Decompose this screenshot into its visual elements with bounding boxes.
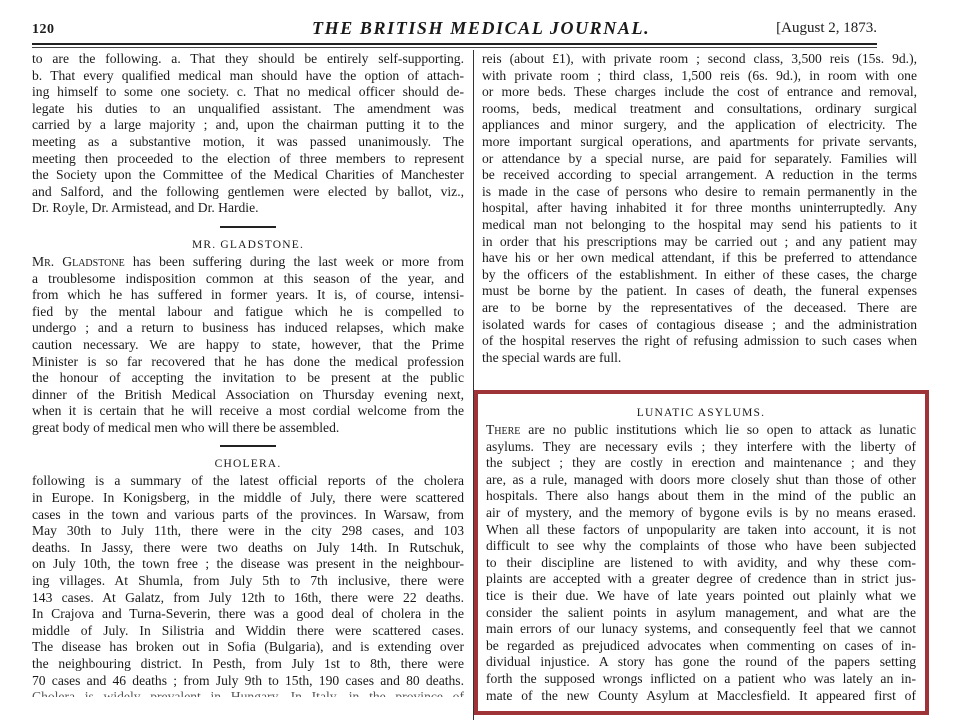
text-line: more important surgical operations, and … (482, 134, 917, 151)
header-rule-thin (32, 47, 877, 48)
text-line: plaints are accepted with a greater degr… (486, 571, 916, 588)
text-line: May 30th to July 11th, there were in the… (32, 523, 464, 540)
text-line: air of mystery, and the memory of bygone… (486, 505, 916, 522)
section-separator (220, 445, 276, 447)
page-header: 120 THE BRITISH MEDICAL JOURNAL. [August… (32, 18, 877, 42)
text-line: following is a summary of the latest off… (32, 473, 464, 490)
text-line: There are no public institutions which l… (486, 422, 916, 439)
text-line: b. That every qualified medical man shou… (32, 68, 464, 85)
text-line: be regarded as prejudiced advocates when… (486, 638, 916, 655)
gladstone-article: Mr. Gladstone has been suffering during … (32, 254, 464, 437)
text-line: the special wards are full. (482, 350, 917, 367)
issue-date: [August 2, 1873. (776, 20, 877, 37)
text-line: the neighbouring district. In Pesth, fro… (32, 656, 464, 673)
text-line: fied by the mental labour and fatigue wh… (32, 304, 464, 321)
text-line: hospital, after having inhabited it for … (482, 200, 917, 217)
text-line: a troublesome indisposition common at th… (32, 271, 464, 288)
text-line: to are the following. a. That they shoul… (32, 51, 464, 68)
cholera-article: following is a summary of the latest off… (32, 473, 464, 697)
text-line: 143 cases. At Galatz, from July 12th to … (32, 590, 464, 607)
text-line: have his or her own medical attendant, i… (482, 250, 917, 267)
text-line: by the officers of the establishment. In… (482, 267, 917, 284)
lead-word: Mr. Gladstone (32, 254, 125, 269)
text-line: Mr. Gladstone has been suffering during … (32, 254, 464, 271)
text-line: Cholera is widely prevalent in Hungary. … (32, 689, 464, 697)
journal-title: THE BRITISH MEDICAL JOURNAL. (312, 18, 650, 39)
section-heading-lunatic-asylums: LUNATIC ASYLUMS. (486, 404, 916, 422)
text-line: great body of medical men who will there… (32, 420, 464, 437)
text-line: The disease has broken out in Sofia (Bul… (32, 639, 464, 656)
text-line: with private room ; third class, 1,500 r… (482, 68, 917, 85)
text-line: be received according to special arrange… (482, 167, 917, 184)
text-line: or attendance by a special nurse, are pa… (482, 151, 917, 168)
text-line: Minister is so far recovered that he has… (32, 354, 464, 371)
text-line: from which he has suffered in former yea… (32, 287, 464, 304)
text-line: asylums. They are necessary evils ; they… (486, 439, 916, 456)
text-line: ing villages. At Shumla, from July 5th t… (32, 573, 464, 590)
header-rule (32, 43, 877, 45)
left-column: to are the following. a. That they shoul… (32, 51, 464, 697)
highlighted-article-box: LUNATIC ASYLUMS. There are no public ins… (474, 390, 929, 715)
text-line: in Europe. In Konigsberg, in the middle … (32, 490, 464, 507)
hospital-charges-text: reis (about £1), with private room ; sec… (482, 51, 917, 366)
text-line: when it is certain that he will receive … (32, 403, 464, 420)
text-line: appliances and minor surgery, and the ap… (482, 117, 917, 134)
text-line: the Society upon the Committee of the Me… (32, 167, 464, 184)
text-line: caution necessary. We are happy to state… (32, 337, 464, 354)
text-line: medical man not belonging to the hospita… (482, 217, 917, 234)
text-line: Dr. Royle, Dr. Armistead, and Dr. Hardie… (32, 200, 464, 217)
text-line: In Crajova and Turna-Severin, there was … (32, 606, 464, 623)
text-line: are, as a rule, managed with doors more … (486, 472, 916, 489)
text-line: legate his duties to an unqualified assi… (32, 101, 464, 118)
text-line: must be borne by the patient. In cases o… (482, 283, 917, 300)
text-line: deaths. In Jassy, there were two deaths … (32, 540, 464, 557)
text-line: tice is their due. We have of late years… (486, 588, 916, 605)
text-line: or more beds. These charges include the … (482, 84, 917, 101)
text-line: When all these factors of unpopularity a… (486, 522, 916, 539)
text-line: meeting then proceeded to the election o… (32, 151, 464, 168)
text-line: forth the supposed wrongs inflicted on a… (486, 671, 916, 688)
text-line: main errors of our lunacy systems, and c… (486, 621, 916, 638)
lunatic-asylums-article: There are no public institutions which l… (486, 422, 916, 704)
text-line: carried by a large majority ; and, upon … (32, 117, 464, 134)
society-resolutions-text: to are the following. a. That they shoul… (32, 51, 464, 217)
text-line: rooms, beds, medical treatment and consu… (482, 101, 917, 118)
text-line: on July 10th, the town free ; the diseas… (32, 556, 464, 573)
section-heading-cholera: CHOLERA. (32, 455, 464, 473)
text-line: are to be borne by the representatives o… (482, 300, 917, 317)
section-heading-gladstone: MR. GLADSTONE. (32, 236, 464, 254)
text-line: of the hospital reserves the right of re… (482, 333, 917, 350)
text-line: consider the salient points in asylum ma… (486, 605, 916, 622)
text-line: dinner of the British Medical Associatio… (32, 387, 464, 404)
text-line: hospitals. There also hangs about them i… (486, 488, 916, 505)
text-line: meeting as a substantive motion, it was … (32, 134, 464, 151)
section-separator (220, 226, 276, 228)
lead-word: There (486, 422, 520, 437)
text-line: ing himself to some one society. c. That… (32, 84, 464, 101)
page-number: 120 (32, 22, 55, 38)
text-line: and Salford, and the following gentlemen… (32, 184, 464, 201)
text-line: difficult to see why the complaints of t… (486, 538, 916, 555)
text-line: mate of the new County Asylum at Maccles… (486, 688, 916, 705)
right-column: reis (about £1), with private room ; sec… (482, 51, 917, 366)
text-line: the subject ; they are costly in erectio… (486, 455, 916, 472)
text-line: isolated wards for cases of contagious d… (482, 317, 917, 334)
text-line: in order that his prescriptions may be c… (482, 234, 917, 251)
text-line: 70 cases and 46 deaths ; from July 9th t… (32, 673, 464, 690)
text-line: dividual injustice. A story has gone the… (486, 654, 916, 671)
text-line: middle of July. In Silistria and Widdin … (32, 623, 464, 640)
text-line: to their discipline are listened to with… (486, 555, 916, 572)
text-line: undergo ; and a return to business has i… (32, 320, 464, 337)
text-line: the honour of accepting the invitation t… (32, 370, 464, 387)
text-line: reis (about £1), with private room ; sec… (482, 51, 917, 68)
text-line: is made in the case of persons who desir… (482, 184, 917, 201)
text-line: cases in the town and various parts of t… (32, 507, 464, 524)
